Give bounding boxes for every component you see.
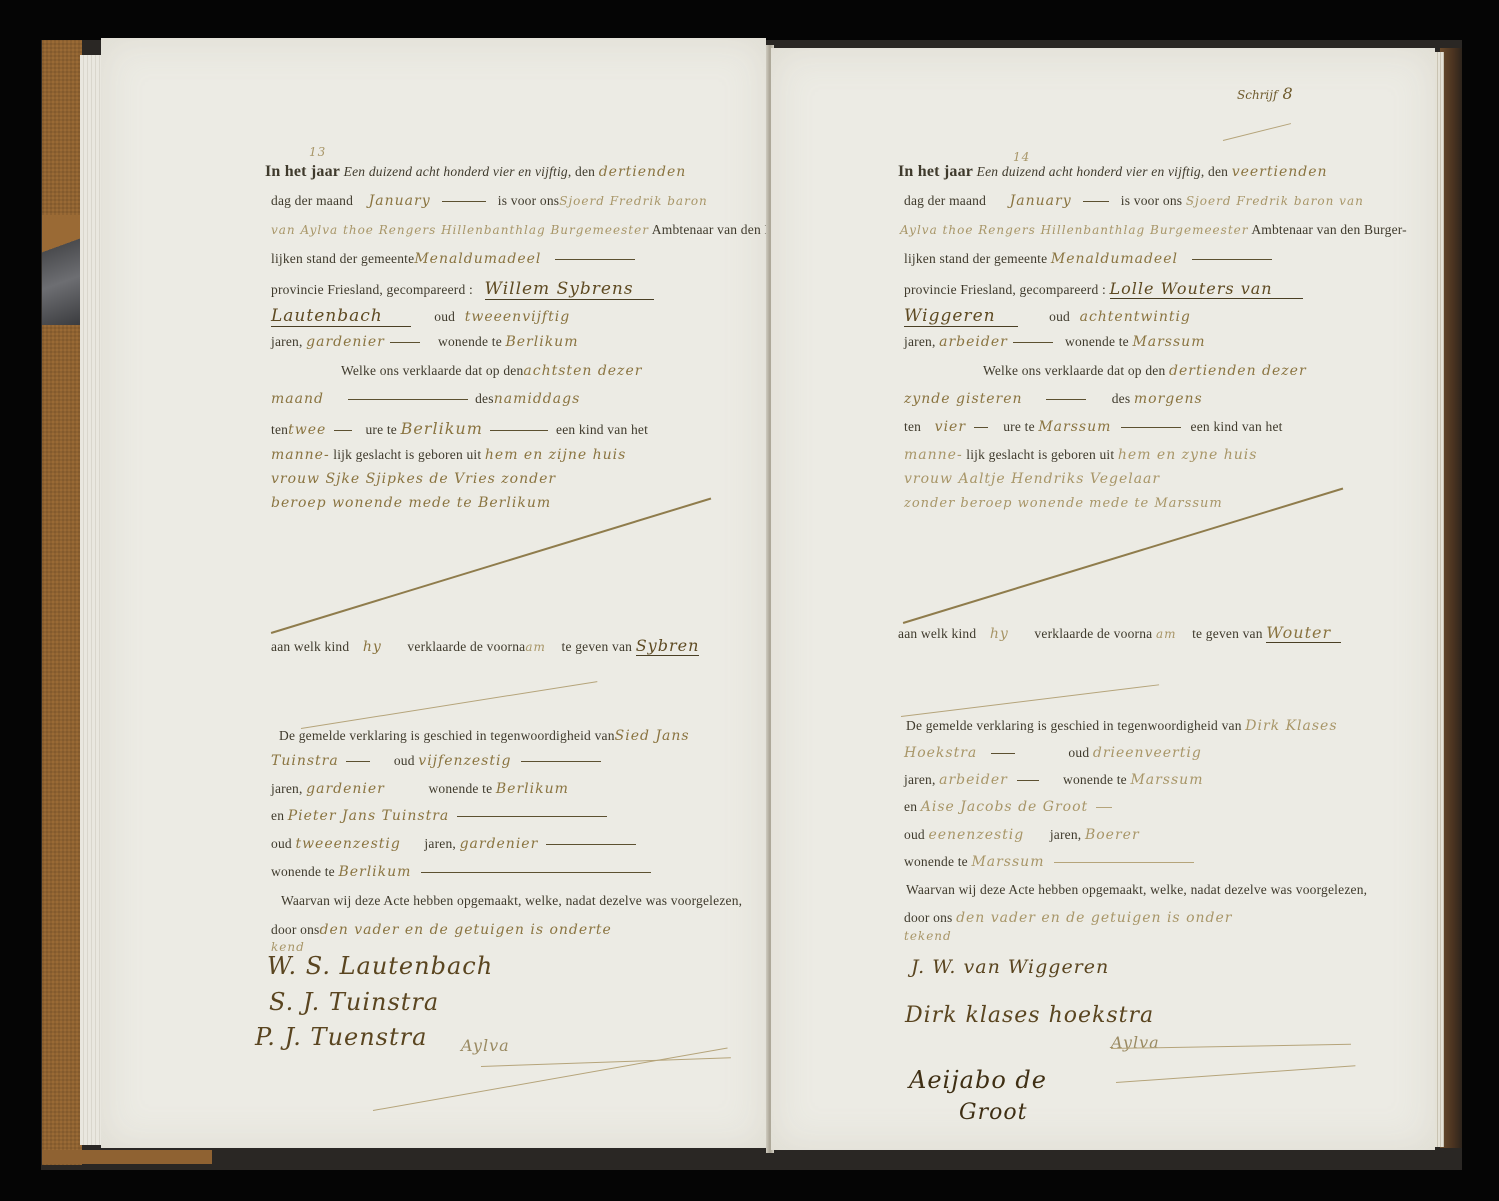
marbled-board-left — [42, 215, 82, 325]
record-line-6: Lautenbach oud tweeenvijftig — [271, 306, 570, 326]
handwritten-month: January — [1010, 193, 1072, 209]
printed-text: verklaarde de voorna — [1034, 626, 1152, 641]
margin-record-number: 13 — [309, 145, 326, 159]
record-line-4: lijken stand der gemeenteMenaldumadeel — [271, 251, 635, 267]
handwritten-child-name: Wouter — [1266, 623, 1341, 643]
record-line-2: dag der maand January is voor onsSjoerd … — [271, 193, 708, 209]
handwritten-witness2-age: tweeenzestig — [295, 836, 400, 852]
record-line-20: wonende te Berlikum — [271, 864, 651, 880]
printed-text: te geven van — [1192, 626, 1263, 641]
printed-text: oud — [394, 753, 415, 768]
fill-rule — [390, 342, 420, 343]
printed-text: lijk geslacht is geboren uit — [966, 447, 1114, 462]
record-line-16: Tuinstra oud vijfenzestig — [271, 753, 601, 769]
record-line-1: In het jaar Een duizend acht honderd vie… — [898, 163, 1328, 181]
record-line-1: In het jaar Een duizend acht honderd vie… — [265, 163, 686, 181]
handwritten-mother: vrouw Sjke Sjipkes de Vries zonder — [271, 471, 556, 487]
record-line-10: tentwee ure te Berlikum een kind van het — [271, 419, 648, 438]
record-line-22: door onsden vader en de getuigen is onde… — [271, 922, 612, 938]
record-line-8: Welke ons verklaarde dat op den dertiend… — [983, 363, 1307, 379]
fill-rule — [555, 259, 635, 260]
printed-text: jaren, — [271, 781, 303, 796]
printed-text: jaren, — [904, 334, 936, 349]
fill-rule — [1083, 201, 1109, 202]
record-line-14: aan welk kind hy verklaarde de voorna am… — [898, 623, 1341, 642]
printed-text: De gemelde verklaring is geschied in teg… — [906, 718, 1242, 733]
handwritten-birth-date: achtsten dezer — [523, 363, 642, 379]
handwritten-witness1-age: drieenveertig — [1093, 745, 1202, 761]
printed-text: Waarvan wij deze Acte hebben opgemaakt, … — [281, 893, 742, 908]
handwritten-child-name: Sybren — [636, 636, 700, 656]
record-line-18: en Aise Jacobs de Groot — [904, 799, 1112, 815]
printed-text: is voor ons — [1121, 193, 1182, 208]
right-page: Schrijf 8 14 In het jaar Een duizend ach… — [771, 48, 1435, 1150]
printed-text: dag der maand — [271, 193, 353, 208]
handwritten-witness1-name: Sied Jans — [615, 728, 690, 744]
record-line-18: en Pieter Jans Tuinstra — [271, 808, 607, 824]
page-number-value: 8 — [1283, 84, 1293, 103]
fill-rule — [521, 761, 601, 762]
handwritten-pronoun: hy — [363, 639, 382, 655]
printed-text: ten — [271, 422, 288, 437]
record-line-3: Aylva thoe Rengers Hillenbanthlag Burgem… — [900, 222, 1407, 238]
printed-text: oud — [434, 309, 455, 324]
handwritten-parents: hem en zijne huis — [485, 447, 626, 463]
signature-witness2-b: Groot — [959, 1100, 1027, 1125]
cancel-stroke — [901, 684, 1159, 717]
record-line-15: De gemelde verklaring is geschied in teg… — [279, 728, 690, 744]
handwritten-text: am — [525, 640, 546, 654]
fill-rule — [1121, 427, 1181, 428]
margin-record-number: 14 — [1013, 150, 1030, 164]
handwritten-day: dertienden — [599, 164, 687, 180]
handwritten-day: veertienden — [1232, 164, 1328, 180]
printed-text: ure te — [365, 422, 397, 437]
fill-rule — [334, 430, 352, 431]
record-line-7: jaren, arbeider wonende te Marssum — [904, 334, 1205, 350]
page-number: Schrijf 8 — [1237, 84, 1293, 103]
fill-rule — [1046, 399, 1086, 400]
fill-rule — [348, 399, 468, 400]
handwritten-witness1-surname: Hoekstra — [904, 745, 977, 761]
record-line-12: vrouw Aaltje Hendriks Vegelaar — [904, 471, 1160, 487]
printed-text: wonende te — [1063, 772, 1127, 787]
handwritten-witness2-name: Pieter Jans Tuinstra — [288, 808, 450, 824]
printed-text: des — [1112, 391, 1131, 406]
printed-text: Waarvan wij deze Acte hebben opgemaakt, … — [906, 882, 1367, 897]
fill-rule — [490, 430, 548, 431]
handwritten-residence: Marssum — [1132, 334, 1205, 350]
printed-text: lijken stand der gemeente — [271, 251, 414, 266]
handwritten-official: Sjoerd Fredrik baron — [559, 194, 708, 208]
signature-flourish — [1116, 1065, 1355, 1083]
handwritten-hour: vier — [935, 419, 966, 435]
record-line-9: zynde gisteren des morgens — [904, 391, 1203, 407]
printed-text: oud — [271, 836, 292, 851]
handwritten-witness2-residence: Berlikum — [338, 864, 411, 880]
printed-text: ure te — [1003, 419, 1035, 434]
handwritten-municipality: Menaldumadeel — [414, 251, 541, 267]
handwritten-sex: manne- — [904, 447, 963, 463]
fill-rule — [974, 427, 988, 428]
printed-text: De gemelde verklaring is geschied in teg… — [279, 728, 615, 743]
handwritten-witness2-name: Aise Jacobs de Groot — [921, 799, 1088, 815]
fill-rule — [346, 761, 370, 762]
handwritten-declarant-name: Lolle Wouters van — [1110, 279, 1303, 299]
page-number-label: Schrijf — [1237, 88, 1277, 102]
record-line-5: provincie Friesland, gecompareerd : Will… — [271, 279, 654, 299]
handwritten-witness2-occupation: gardenier — [460, 836, 539, 852]
signature-father: J. W. van Wiggeren — [911, 956, 1109, 978]
printed-text: ten — [904, 419, 921, 434]
printed-text: oud — [904, 827, 925, 842]
printed-text: een kind van het — [1191, 419, 1283, 434]
printed-year: Een duizend acht honderd vier en vijftig — [344, 164, 568, 179]
signature-official: Aylva — [461, 1036, 510, 1055]
record-line-9: maand desnamiddags — [271, 391, 580, 407]
handwritten-hour: twee — [288, 422, 326, 438]
printed-text: te geven van — [562, 639, 633, 654]
handwritten-witness1-residence: Berlikum — [496, 781, 569, 797]
record-line-21: Waarvan wij deze Acte hebben opgemaakt, … — [906, 882, 1367, 898]
printed-text: wonende te — [904, 854, 968, 869]
printed-text: jaren, — [271, 334, 303, 349]
record-line-7: jaren, gardenier wonende te Berlikum — [271, 334, 578, 350]
printed-text: jaren, — [1050, 827, 1082, 842]
record-line-19: oud eenenzestig jaren, Boerer — [904, 827, 1140, 843]
record-line-4: lijken stand der gemeente Menaldumadeel — [904, 251, 1272, 267]
handwritten-declarant-name: Willem Sybrens — [485, 279, 654, 300]
cancel-stroke — [271, 498, 711, 634]
printed-text: Welke ons verklaarde dat op den — [983, 363, 1165, 378]
fill-rule — [457, 816, 607, 817]
record-line-8: Welke ons verklaarde dat op denachtsten … — [341, 363, 642, 379]
record-line-12: vrouw Sjke Sjipkes de Vries zonder — [271, 471, 556, 487]
signature-flourish — [373, 1047, 728, 1110]
record-line-10: ten vier ure te Marssum een kind van het — [904, 419, 1283, 435]
handwritten-declarant-surname: Wiggeren — [904, 306, 1018, 327]
printed-text: wonende te — [271, 864, 335, 879]
printed-text: lijken stand der gemeente — [904, 251, 1047, 266]
record-line-22: door ons den vader en de getuigen is ond… — [904, 910, 1232, 926]
handwritten-mother-residence: beroep wonende mede te Berlikum — [271, 495, 551, 511]
signature-witness1: S. J. Tuinstra — [269, 988, 439, 1016]
handwritten-witness1-occupation: gardenier — [306, 781, 385, 797]
record-line-3: van Aylva thoe Rengers Hillenbanthlag Bu… — [271, 222, 807, 238]
signature-witness2: P. J. Tuenstra — [255, 1023, 427, 1051]
record-line-2: dag der maand January is voor ons Sjoerd… — [904, 193, 1364, 209]
printed-text: wonende te — [1065, 334, 1129, 349]
printed-text: aan welk kind — [898, 626, 976, 641]
handwritten-birth-place: Berlikum — [401, 419, 483, 438]
record-line-5: provincie Friesland, gecompareerd : Loll… — [904, 279, 1303, 298]
handwritten-official: Aylva thoe Rengers Hillenbanthlag Burgem… — [900, 223, 1248, 237]
handwritten-witness2-occupation: Boerer — [1085, 827, 1140, 843]
handwritten-text: den vader en de getuigen is onderte — [319, 922, 611, 938]
handwritten-sex: manne- — [271, 447, 330, 463]
printed-text: verklaarde de voorna — [407, 639, 525, 654]
left-page: 13 In het jaar Een duizend acht honderd … — [101, 38, 766, 1148]
printed-text: door ons — [904, 910, 952, 925]
record-line-11: manne- lijk geslacht is geboren uit hem … — [904, 447, 1257, 463]
handwritten-declarant-surname: Lautenbach — [271, 306, 411, 327]
printed-text: provincie Friesland, gecompareerd : — [904, 282, 1106, 297]
handwritten-birth-place: Marssum — [1038, 419, 1111, 435]
printed-text: door ons — [271, 922, 319, 937]
printed-text: oud — [1068, 745, 1089, 760]
handwritten-age: tweeenvijftig — [465, 309, 570, 325]
printed-text: Ambtenaar van den Burger- — [1251, 222, 1407, 237]
printed-text: , den — [568, 164, 595, 179]
printed-text: Welke ons verklaarde dat op den — [341, 363, 523, 378]
handwritten-occupation: gardenier — [306, 334, 385, 350]
record-line-16: Hoekstra oud drieenveertig — [904, 745, 1202, 761]
fill-rule — [1192, 259, 1272, 260]
cloth-spine-left — [42, 40, 82, 1165]
printed-text: , den — [1201, 164, 1228, 179]
printed-text: In het jaar — [265, 163, 340, 180]
handwritten-pronoun: hy — [990, 626, 1009, 642]
fill-rule — [421, 872, 651, 873]
fill-rule — [991, 753, 1015, 754]
handwritten-official: van Aylva thoe Rengers Hillenbanthlag Bu… — [271, 223, 649, 237]
printed-text: provincie Friesland, gecompareerd : — [271, 282, 473, 297]
cloth-corner-bottom — [42, 1150, 212, 1164]
printed-text: jaren, — [904, 772, 936, 787]
signature-official: Aylva — [1111, 1033, 1160, 1052]
printed-year: Een duizend acht honderd vier en vijftig — [977, 164, 1201, 179]
record-line-19: oud tweeenzestig jaren, gardenier — [271, 836, 636, 852]
record-line-21: Waarvan wij deze Acte hebben opgemaakt, … — [281, 893, 742, 909]
printed-text: lijk geslacht is geboren uit — [333, 447, 481, 462]
handwritten-text: tekend — [904, 929, 952, 943]
handwritten-time-of-day: morgens — [1134, 391, 1203, 407]
handwritten-witness1-occupation: arbeider — [939, 772, 1008, 788]
page-number-flourish — [1223, 123, 1291, 141]
fill-rule — [546, 844, 636, 845]
signature-witness1: Dirk klases hoekstra — [905, 1003, 1154, 1028]
handwritten-witness2-residence: Marssum — [971, 854, 1044, 870]
handwritten-residence: Berlikum — [505, 334, 578, 350]
handwritten-age: achtentwintig — [1080, 309, 1191, 325]
printed-text: dag der maand — [904, 193, 986, 208]
handwritten-text: den vader en de getuigen is onder — [956, 910, 1232, 926]
handwritten-mother: vrouw Aaltje Hendriks Vegelaar — [904, 471, 1160, 487]
printed-text: jaren, — [424, 836, 456, 851]
fill-rule — [1017, 780, 1039, 781]
printed-text: wonende te — [428, 781, 492, 796]
handwritten-time-of-day: namiddags — [494, 391, 581, 407]
printed-text: aan welk kind — [271, 639, 349, 654]
handwritten-text: maand — [271, 391, 324, 407]
handwritten-parents: hem en zyne huis — [1118, 447, 1258, 463]
fill-rule — [1013, 342, 1053, 343]
handwritten-text: zynde gisteren — [904, 391, 1023, 407]
fill-rule — [1054, 862, 1194, 863]
record-line-20: wonende te Marssum — [904, 854, 1194, 870]
printed-text: oud — [1049, 309, 1070, 324]
printed-text: In het jaar — [898, 163, 973, 180]
record-line-6: Wiggeren oud achtentwintig — [904, 306, 1191, 326]
record-line-11: manne- lijk geslacht is geboren uit hem … — [271, 447, 626, 463]
handwritten-witness1-residence: Marssum — [1130, 772, 1203, 788]
signature-witness2-a: Aeijabo de — [909, 1066, 1047, 1094]
record-line-14: aan welk kind hy verklaarde de voornaam … — [271, 636, 699, 655]
signature-father: W. S. Lautenbach — [267, 952, 493, 980]
record-line-23: tekend — [904, 928, 952, 944]
handwritten-witness1-surname: Tuinstra — [271, 753, 339, 769]
handwritten-month: January — [369, 193, 431, 209]
record-line-13: beroep wonende mede te Berlikum — [271, 495, 551, 511]
record-line-17: jaren, gardenier wonende te Berlikum — [271, 781, 569, 797]
printed-text: wonende te — [438, 334, 502, 349]
handwritten-birth-date: dertienden dezer — [1169, 363, 1307, 379]
signature-flourish — [481, 1057, 731, 1067]
printed-text: des — [475, 391, 494, 406]
printed-text: is voor ons — [498, 193, 559, 208]
printed-text: en — [904, 799, 917, 814]
handwritten-occupation: arbeider — [939, 334, 1008, 350]
record-line-13: zonder beroep wonende mede te Marssum — [904, 495, 1223, 511]
printed-text: en — [271, 808, 284, 823]
printed-text: een kind van het — [556, 422, 648, 437]
handwritten-mother-residence: zonder beroep wonende mede te Marssum — [904, 496, 1223, 511]
handwritten-witness2-age: eenenzestig — [928, 827, 1024, 843]
cancel-stroke — [301, 681, 597, 729]
fill-rule — [442, 201, 486, 202]
handwritten-text: am — [1156, 627, 1177, 641]
handwritten-municipality: Menaldumadeel — [1051, 251, 1178, 267]
record-line-17: jaren, arbeider wonende te Marssum — [904, 772, 1203, 788]
handwritten-witness1-name: Dirk Klases — [1245, 718, 1337, 734]
handwritten-witness1-age: vijfenzestig — [418, 753, 511, 769]
fill-rule — [1096, 807, 1112, 808]
record-line-15: De gemelde verklaring is geschied in teg… — [906, 718, 1338, 734]
handwritten-official: Sjoerd Fredrik baron van — [1186, 194, 1364, 208]
